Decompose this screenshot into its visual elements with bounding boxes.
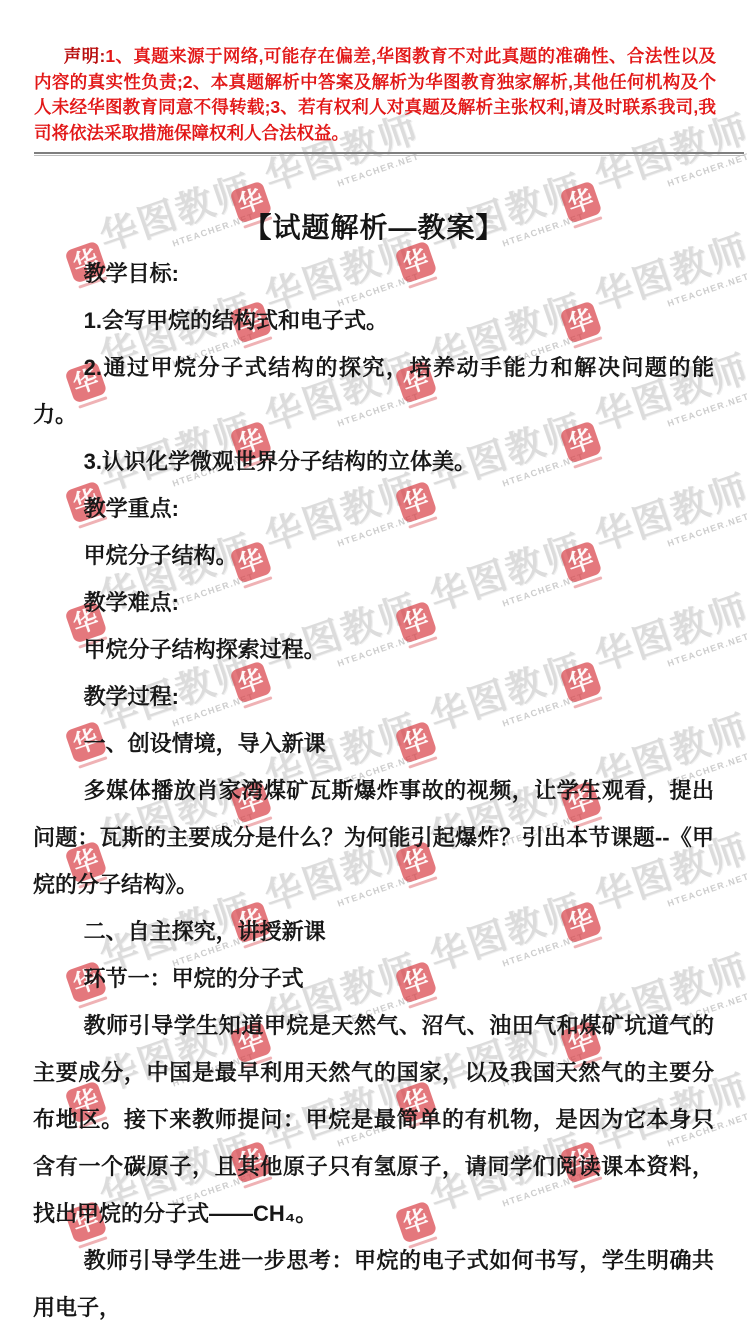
- paragraph: 多媒体播放肖家湾煤矿瓦斯爆炸事故的视频，让学生观看，提出问题：瓦斯的主要成分是什…: [33, 767, 714, 908]
- document-page: 华华图教师HTEACHER.NET华华图教师HTEACHER.NET华华图教师H…: [0, 0, 748, 1335]
- paragraph: 教学重点:: [33, 485, 714, 532]
- paragraph: 教学过程:: [33, 673, 714, 720]
- paragraph: 教学目标:: [33, 250, 714, 297]
- paragraph: 一、创设情境，导入新课: [33, 720, 714, 767]
- paragraph: 二、自主探究，讲授新课: [33, 908, 714, 955]
- paragraph: 教师引导学生知道甲烷是天然气、沼气、油田气和煤矿坑道气的主要成分，中国是最早利用…: [33, 1002, 714, 1237]
- paragraph: 教学难点:: [33, 579, 714, 626]
- paragraph: 教师引导学生进一步思考：甲烷的电子式如何书写，学生明确共用电子，: [33, 1237, 714, 1331]
- paragraph: 甲烷分子结构探索过程。: [33, 626, 714, 673]
- document-content: 声明:1、真题来源于网络,可能存在偏差,华图教育不对此真题的准确性、合法性以及内…: [0, 44, 748, 1331]
- paragraph: 甲烷分子结构。: [33, 532, 714, 579]
- disclaimer-notice: 声明:1、真题来源于网络,可能存在偏差,华图教育不对此真题的准确性、合法性以及内…: [34, 44, 716, 146]
- divider-line: [34, 152, 744, 156]
- paragraph: 1.会写甲烷的结构式和电子式。: [33, 297, 714, 344]
- disclaimer-label: 声明:: [64, 46, 106, 66]
- paragraph: 3.认识化学微观世界分子结构的立体美。: [33, 438, 714, 485]
- disclaimer-text: 1、真题来源于网络,可能存在偏差,华图教育不对此真题的准确性、合法性以及内容的真…: [34, 46, 716, 143]
- paragraph: 环节一：甲烷的分子式: [33, 955, 714, 1002]
- paragraph: 2.通过甲烷分子式结构的探究，培养动手能力和解决问题的能力。: [33, 344, 714, 438]
- document-body: 教学目标:1.会写甲烷的结构式和电子式。2.通过甲烷分子式结构的探究，培养动手能…: [33, 250, 714, 1331]
- page-title: 【试题解析—教案】: [0, 206, 748, 246]
